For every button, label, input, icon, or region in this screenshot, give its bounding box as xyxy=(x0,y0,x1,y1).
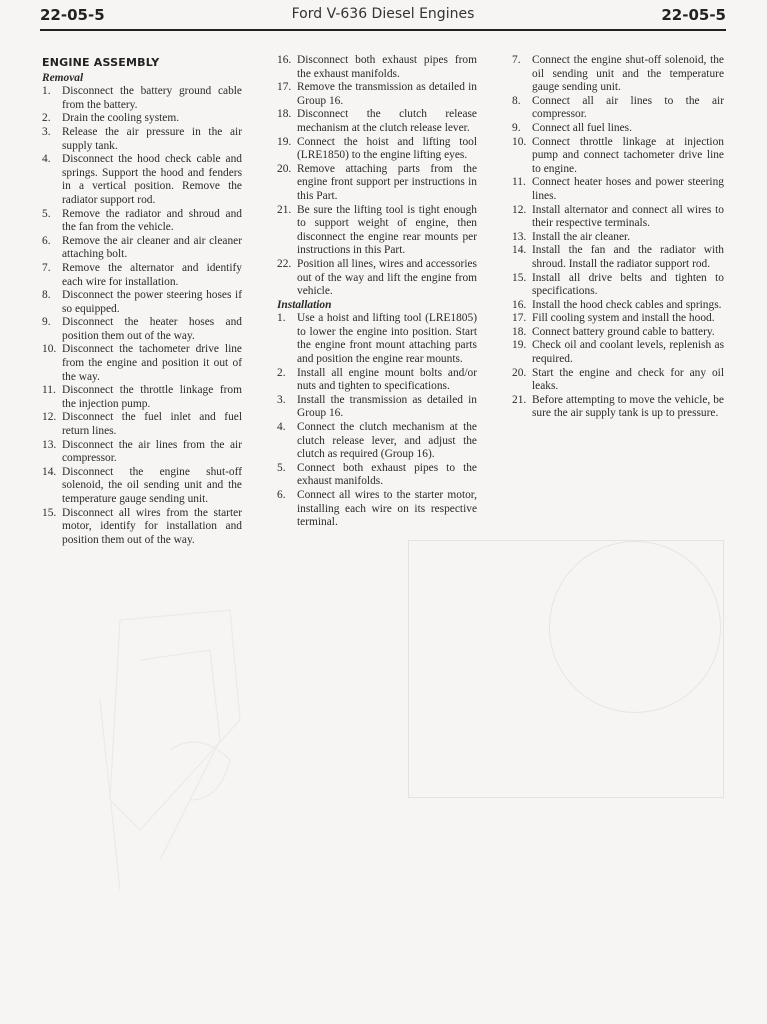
column-1: ENGINE ASSEMBLY Removal 1.Disconnect the… xyxy=(42,54,242,547)
list-item: 5.Connect both exhaust pipes to the exha… xyxy=(277,462,477,489)
removal-subheading: Removal xyxy=(42,72,242,86)
list-item: 11.Disconnect the throttle linkage from … xyxy=(42,384,242,411)
list-item: 17.Fill cooling system and install the h… xyxy=(512,312,724,326)
list-item: 21.Before attempting to move the vehicle… xyxy=(512,394,724,421)
list-item: 14.Install the fan and the radiator with… xyxy=(512,244,724,271)
list-item: 7.Remove the alternator and identify eac… xyxy=(42,262,242,289)
installation-subheading: Installation xyxy=(277,299,477,313)
page-header: 22-05-5 Ford V-636 Diesel Engines 22-05-… xyxy=(40,6,726,28)
header-rule xyxy=(40,29,726,31)
installation-steps-part-2: 7.Connect the engine shut-off solenoid, … xyxy=(512,54,724,421)
list-item: 7.Connect the engine shut-off solenoid, … xyxy=(512,54,724,95)
list-item: 2.Install all engine mount bolts and/or … xyxy=(277,367,477,394)
list-item: 1.Disconnect the battery ground cable fr… xyxy=(42,85,242,112)
bleed-through-detail-circle xyxy=(549,541,721,713)
document-title: Ford V-636 Diesel Engines xyxy=(40,6,726,22)
page-number-right: 22-05-5 xyxy=(661,6,726,24)
installation-steps-part-1: 1.Use a hoist and lifting tool (LRE1805)… xyxy=(277,312,477,530)
list-item: 19.Connect the hoist and lifting tool (L… xyxy=(277,136,477,163)
removal-steps-part-1: 1.Disconnect the battery ground cable fr… xyxy=(42,85,242,547)
list-item: 12.Install alternator and connect all wi… xyxy=(512,204,724,231)
list-item: 15.Disconnect all wires from the starter… xyxy=(42,507,242,548)
list-item: 9.Connect all fuel lines. xyxy=(512,122,724,136)
list-item: 14.Disconnect the engine shut-off soleno… xyxy=(42,466,242,507)
list-item: 8.Connect all air lines to the air compr… xyxy=(512,95,724,122)
list-item: 13.Install the air cleaner. xyxy=(512,231,724,245)
list-item: 22.Position all lines, wires and accesso… xyxy=(277,258,477,299)
list-item: 1.Use a hoist and lifting tool (LRE1805)… xyxy=(277,312,477,366)
list-item: 9.Disconnect the heater hoses and positi… xyxy=(42,316,242,343)
list-item: 8.Disconnect the power steering hoses if… xyxy=(42,289,242,316)
list-item: 2.Drain the cooling system. xyxy=(42,112,242,126)
list-item: 20.Start the engine and check for any oi… xyxy=(512,367,724,394)
list-item: 18.Disconnect the clutch release mechani… xyxy=(277,108,477,135)
list-item: 21.Be sure the lifting tool is tight eno… xyxy=(277,204,477,258)
list-item: 6.Connect all wires to the starter motor… xyxy=(277,489,477,530)
column-3: 7.Connect the engine shut-off solenoid, … xyxy=(512,54,724,421)
section-title: ENGINE ASSEMBLY xyxy=(42,56,242,70)
list-item: 13.Disconnect the air lines from the air… xyxy=(42,439,242,466)
list-item: 4.Disconnect the hood check cable and sp… xyxy=(42,153,242,207)
bleed-through-figure-box xyxy=(408,540,724,798)
removal-steps-part-2: 16.Disconnect both exhaust pipes from th… xyxy=(277,54,477,299)
list-item: 19.Check oil and coolant levels, repleni… xyxy=(512,339,724,366)
list-item: 3.Release the air pressure in the air su… xyxy=(42,126,242,153)
list-item: 17.Remove the transmission as detailed i… xyxy=(277,81,477,108)
list-item: 11.Connect heater hoses and power steeri… xyxy=(512,176,724,203)
list-item: 12.Disconnect the fuel inlet and fuel re… xyxy=(42,411,242,438)
list-item: 3.Install the transmission as detailed i… xyxy=(277,394,477,421)
bleed-through-sketch xyxy=(80,600,280,900)
column-2: 16.Disconnect both exhaust pipes from th… xyxy=(277,54,477,530)
list-item: 6.Remove the air cleaner and air cleaner… xyxy=(42,235,242,262)
list-item: 15.Install all drive belts and tighten t… xyxy=(512,272,724,299)
list-item: 16.Install the hood check cables and spr… xyxy=(512,299,724,313)
list-item: 20.Remove attaching parts from the engin… xyxy=(277,163,477,204)
list-item: 4.Connect the clutch mechanism at the cl… xyxy=(277,421,477,462)
list-item: 18.Connect battery ground cable to batte… xyxy=(512,326,724,340)
list-item: 10.Disconnect the tachometer drive line … xyxy=(42,343,242,384)
list-item: 16.Disconnect both exhaust pipes from th… xyxy=(277,54,477,81)
list-item: 10.Connect throttle linkage at injection… xyxy=(512,136,724,177)
list-item: 5.Remove the radiator and shroud and the… xyxy=(42,208,242,235)
